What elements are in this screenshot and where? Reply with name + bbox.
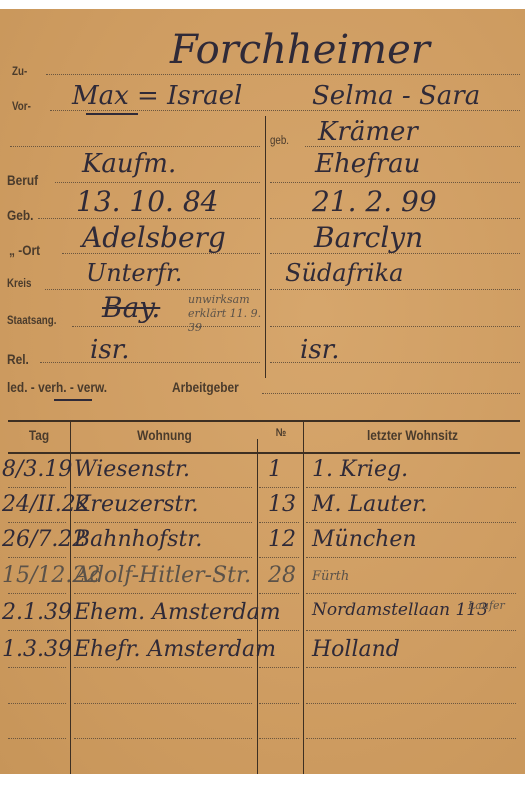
dotted-line <box>55 182 260 183</box>
pencil-annotation: Fürth <box>312 569 349 584</box>
row-date: 2.1.39 <box>2 600 72 625</box>
dotted-line <box>74 557 252 558</box>
column-divider <box>265 116 266 378</box>
wife-birth-date: 21. 2. 99 <box>312 185 437 218</box>
row-date: 8/3.19 <box>2 457 72 482</box>
row-previous: München <box>312 527 417 552</box>
dotted-line <box>306 487 516 488</box>
dotted-line <box>306 738 516 739</box>
dotted-line <box>306 593 516 594</box>
dotted-line <box>270 326 520 327</box>
dotted-line <box>270 218 520 219</box>
citizenship-revoked-note: unwirksam erklärt 11. 9. 39 <box>188 293 278 335</box>
dotted-line <box>8 522 66 523</box>
registration-card: Zu- Forchheimer Vor- Max = Israel Selma … <box>0 9 525 774</box>
marital-selected-underline <box>54 399 92 401</box>
label-birth-place: „ -Ort <box>9 242 40 258</box>
dotted-line <box>259 667 299 668</box>
dotted-line <box>259 522 299 523</box>
husband-district: Unterfr. <box>86 259 182 287</box>
dotted-line <box>306 667 516 668</box>
table-divider-previous <box>303 421 304 774</box>
wife-religion: isr. <box>300 335 340 365</box>
row-date: 1.3.39 <box>2 637 72 662</box>
dotted-line <box>74 593 252 594</box>
label-district: Kreis <box>7 278 31 290</box>
dotted-line <box>262 393 520 394</box>
husband-birth-place: Adelsberg <box>82 221 226 254</box>
dotted-line <box>8 487 66 488</box>
dotted-line <box>40 362 260 363</box>
header-number: № <box>262 427 299 439</box>
dotted-line <box>306 703 516 704</box>
row-street: Wiesenstr. <box>74 457 190 482</box>
label-birth-date: Geb. <box>7 207 33 223</box>
row-number: 13 <box>268 492 296 517</box>
row-previous: 1. Krieg. <box>312 457 408 482</box>
row-street: Adolf-Hitler-Str. <box>74 563 251 588</box>
dotted-line <box>74 487 252 488</box>
dotted-line <box>8 738 66 739</box>
dotted-line <box>10 146 260 147</box>
label-firstname: Vor- <box>12 101 31 113</box>
dotted-line <box>259 630 299 631</box>
table-top-rule <box>8 420 520 422</box>
label-surname: Zu- <box>12 66 27 78</box>
underline-mark <box>86 113 138 115</box>
row-previous: Nordamstellaan 113 <box>312 600 488 620</box>
dotted-line <box>8 630 66 631</box>
header-date: Tag <box>13 427 66 443</box>
dotted-line <box>8 667 66 668</box>
husband-occupation: Kaufm. <box>82 149 176 179</box>
dotted-line <box>74 703 252 704</box>
dotted-line <box>259 557 299 558</box>
label-born-as: geb. <box>270 135 289 147</box>
dotted-line <box>45 289 260 290</box>
dotted-line <box>259 487 299 488</box>
dotted-line <box>74 738 252 739</box>
row-number: 1 <box>268 457 282 482</box>
dotted-line <box>259 593 299 594</box>
dotted-line <box>8 593 66 594</box>
dotted-line <box>306 522 516 523</box>
wife-maiden-name: Krämer <box>318 117 418 147</box>
row-previous: Holland <box>312 637 400 662</box>
dotted-line <box>74 522 252 523</box>
dotted-line <box>38 218 260 219</box>
row-previous: M. Lauter. <box>312 492 427 517</box>
label-occupation: Beruf <box>7 172 38 188</box>
husband-birth-date: 13. 10. 84 <box>76 185 219 218</box>
row-street: Ehefr. Amsterdam <box>74 637 276 662</box>
husband-firstname: Max = Israel <box>72 81 242 111</box>
dotted-line <box>8 703 66 704</box>
wife-occupation: Ehefrau <box>315 149 420 179</box>
dotted-line <box>306 630 516 631</box>
label-employer: Arbeitgeber <box>172 379 239 395</box>
table-header-rule <box>8 452 520 454</box>
husband-religion: isr. <box>90 335 130 365</box>
dotted-line <box>270 182 520 183</box>
wife-birth-place: Barclyn <box>314 221 423 254</box>
row-number: 12 <box>268 527 296 552</box>
surname-value: Forchheimer <box>170 27 430 73</box>
wife-district: Südafrika <box>285 259 403 287</box>
dotted-line <box>74 630 252 631</box>
husband-citizenship: Bay. <box>102 291 160 324</box>
label-marital-status: led. - verh. - verw. <box>7 379 107 395</box>
pencil-annotation: Laufer <box>468 599 505 612</box>
label-citizenship: Staatsang. <box>7 315 56 327</box>
label-religion: Rel. <box>7 351 29 367</box>
dotted-line <box>46 74 520 75</box>
header-previous-residence: letzter Wohnsitz <box>321 427 504 443</box>
row-number: 28 <box>268 563 296 588</box>
header-residence: Wohnung <box>86 427 243 443</box>
dotted-line <box>259 738 299 739</box>
dotted-line <box>270 289 520 290</box>
wife-firstname: Selma - Sara <box>312 81 480 111</box>
dotted-line <box>259 703 299 704</box>
dotted-line <box>74 667 252 668</box>
dotted-line <box>306 557 516 558</box>
dotted-line <box>8 557 66 558</box>
row-street: Kreuzerstr. <box>74 492 199 517</box>
row-street: Bahnhofstr. <box>74 527 202 552</box>
row-street: Ehem. Amsterdam <box>74 600 281 625</box>
